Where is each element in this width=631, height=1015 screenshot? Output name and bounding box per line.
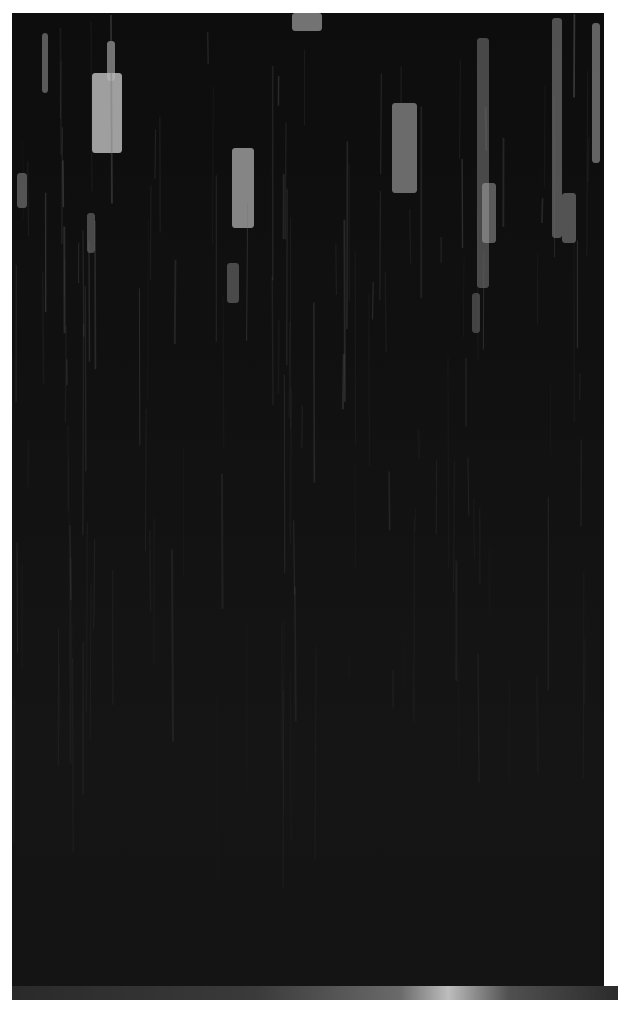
- bottom-edge-strip: [12, 986, 618, 1000]
- scratch-streaks: [12, 13, 604, 988]
- dark-scratched-surface: [12, 13, 604, 988]
